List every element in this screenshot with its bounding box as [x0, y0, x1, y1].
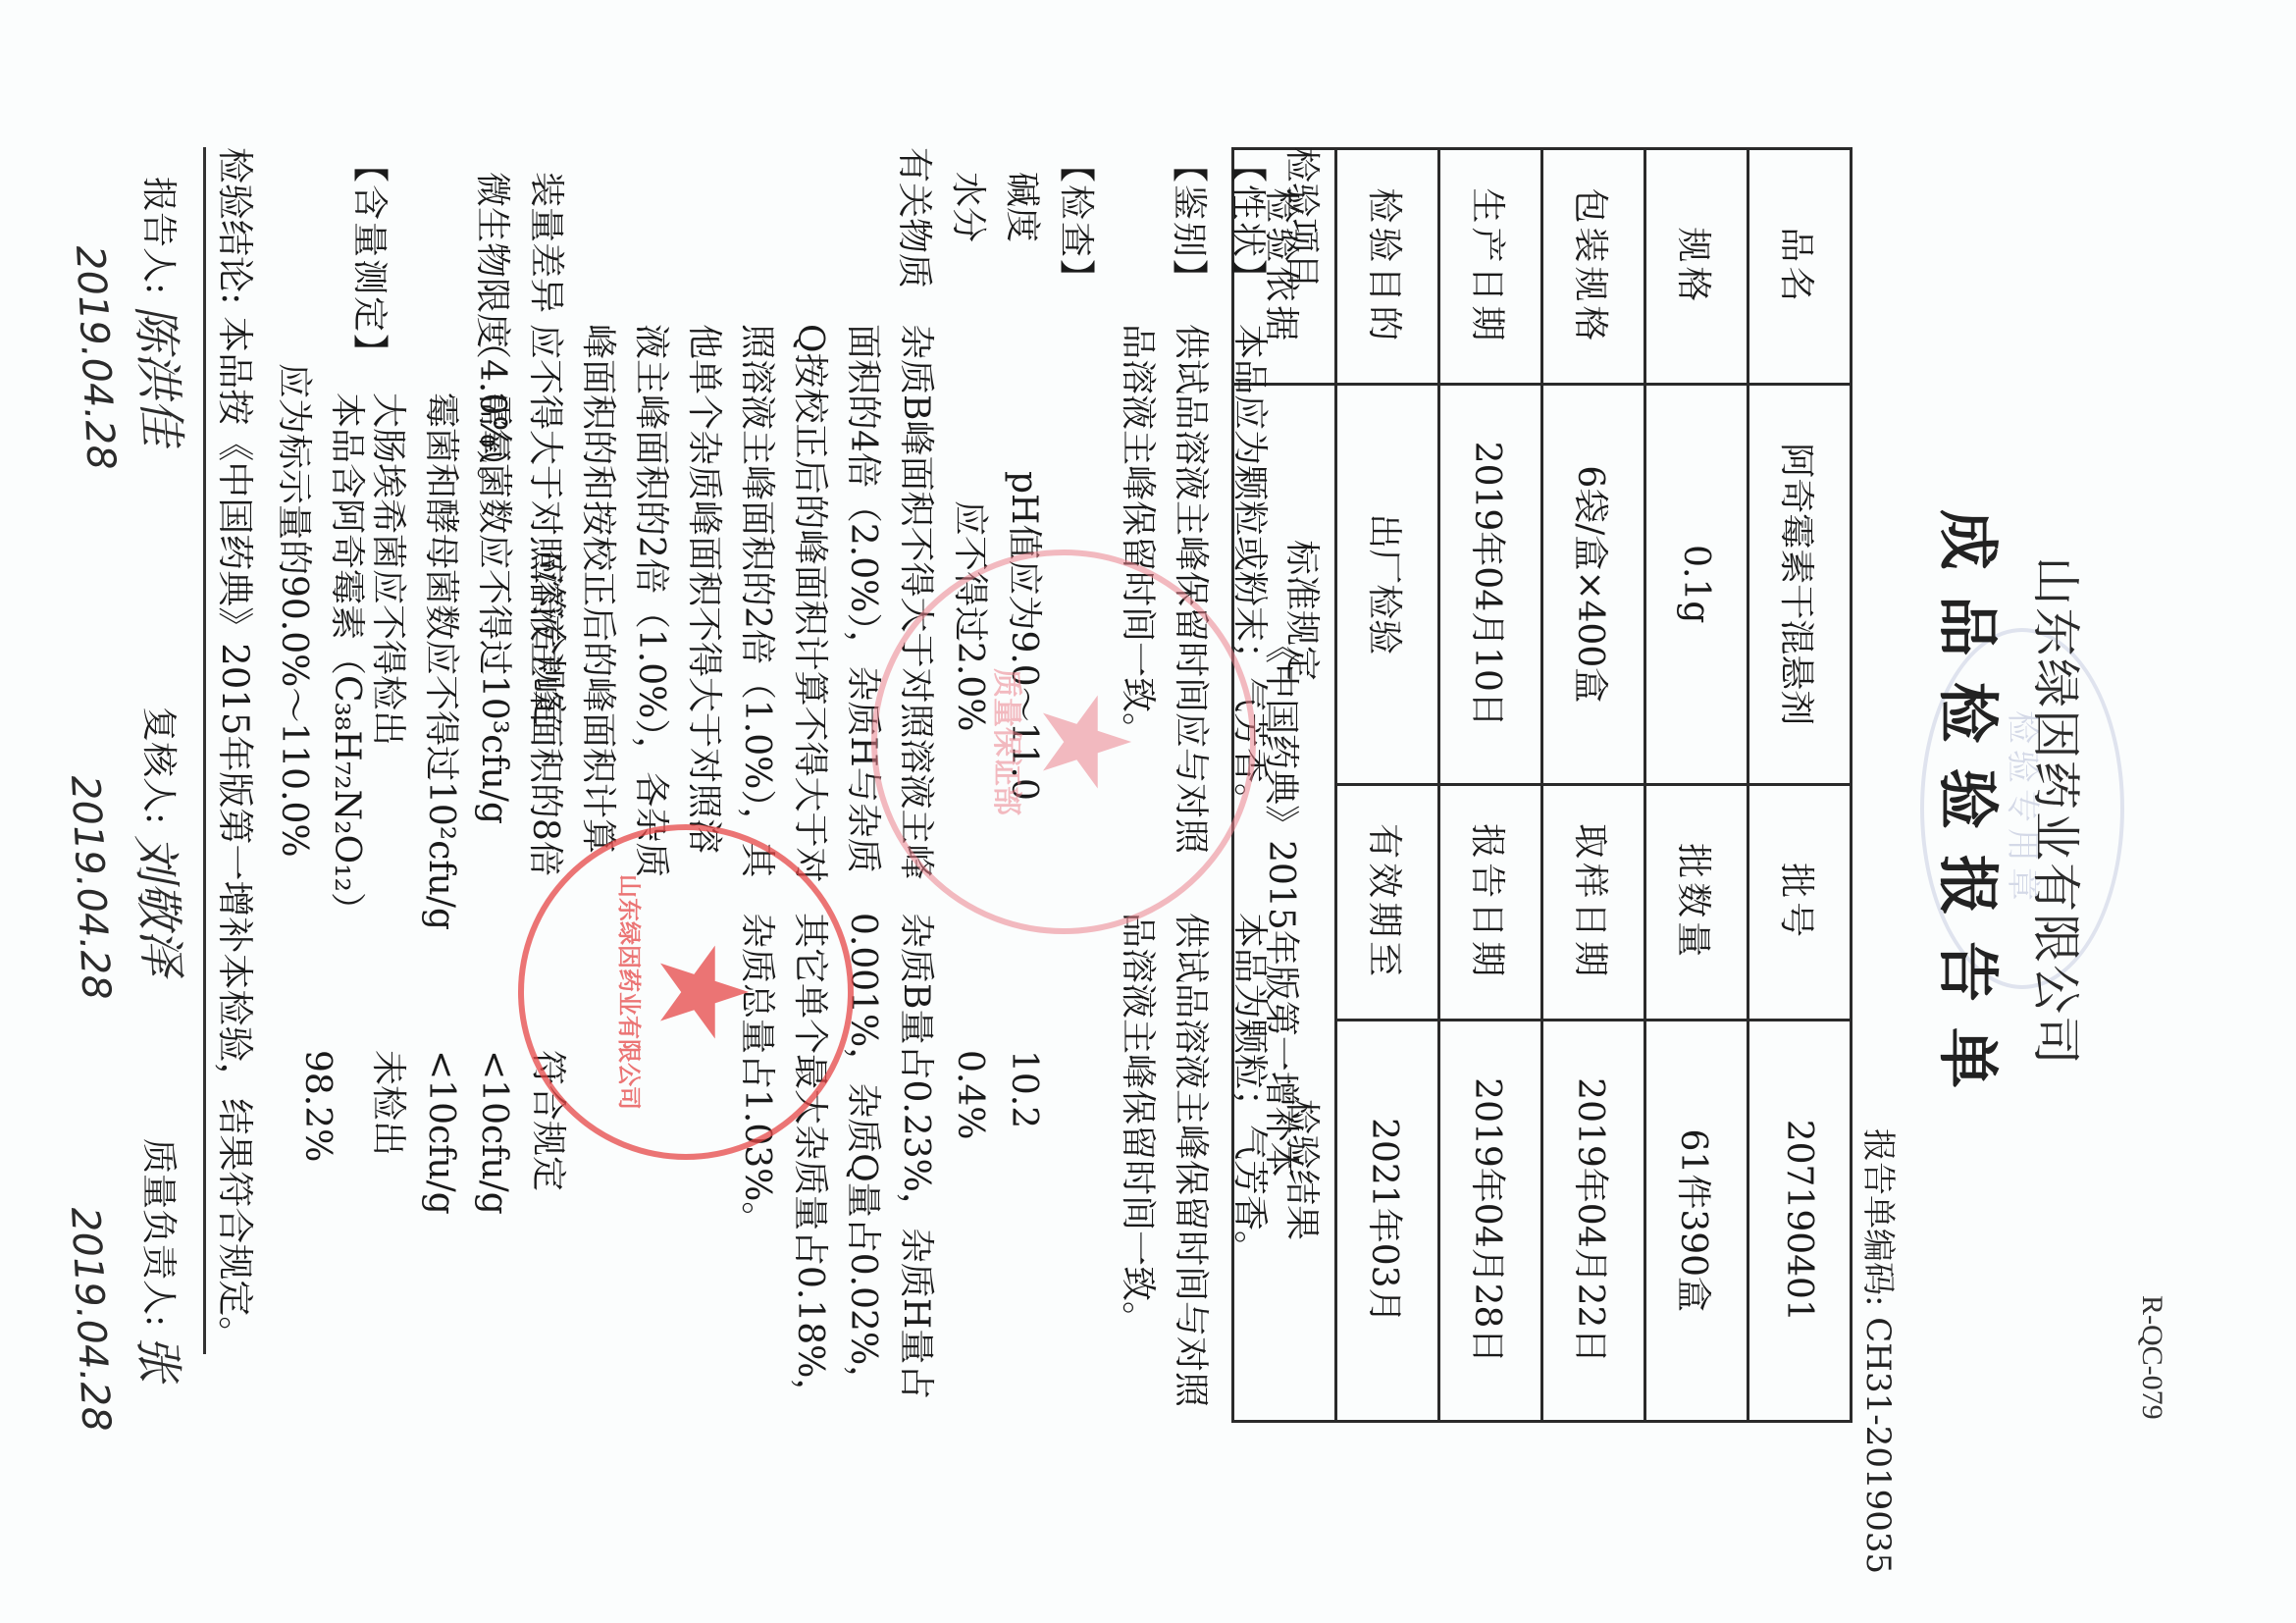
info-label: 报告日期 [1439, 784, 1542, 1020]
test-fill-variation-standard: 应符合规定 [521, 550, 574, 726]
info-label: 批号 [1748, 784, 1852, 1020]
qa-manager-signature: 张 [128, 1333, 197, 1384]
info-value: 2019年04月22日 [1542, 1020, 1645, 1421]
col-standard: 标准规定 [1279, 540, 1330, 681]
qa-department-seal: ★ 质量保证部 [871, 550, 1256, 934]
info-value: 6袋/盒×400盒 [1542, 384, 1645, 784]
info-value: 2019年04月28日 [1439, 1020, 1542, 1421]
inspection-report-page: R-QC-079 检验专用章 山东绿因药业有限公司 成品检验报告单 报告单编码:… [0, 0, 2296, 1623]
info-row: 生产日期2019年04月10日报告日期2019年04月28日 [1439, 149, 1542, 1422]
info-label: 品名 [1748, 149, 1852, 385]
info-value: 0.1g [1645, 384, 1748, 784]
section-identification: 【鉴别】 [1167, 147, 1217, 296]
info-value: 2021年03月 [1336, 1020, 1439, 1421]
reporter-label: 报告人: [136, 177, 186, 294]
info-label: 规格 [1645, 149, 1748, 385]
info-value: 61件390盒 [1645, 1020, 1748, 1421]
test-microbial-result-mold: <10cfu/g [414, 1050, 467, 1215]
company-seal: ★ 山东绿因药业有限公司 [518, 824, 854, 1160]
qa-manager-label: 质量负责人: [136, 1138, 186, 1327]
seal-star-icon: ★ [650, 944, 757, 1041]
section-assay: 【含量测定】 [347, 147, 397, 371]
assay-result: 98.2% [290, 1050, 343, 1162]
report-number-label: 报告单编码: [1858, 1128, 1898, 1306]
info-label: 取样日期 [1542, 784, 1645, 1020]
test-microbial-result-aerobic: <10cfu/g [467, 1050, 520, 1215]
info-label: 检验目的 [1336, 149, 1439, 385]
test-fill-variation-label: 装量差异 [524, 172, 574, 313]
conclusion-text: 本品按《中国药典》2015年版第一增补本检验，结果符合规定。 [214, 316, 256, 1352]
info-label: 批数量 [1645, 784, 1748, 1020]
info-value: 出厂检验 [1336, 384, 1439, 784]
report-number: 报告单编码: CH31-2019035 [1857, 1128, 1905, 1574]
appearance-result: 本品为颗粒；气芳香。 [1223, 913, 1276, 1423]
inspection-conclusion: 检验结论: 本品按《中国药典》2015年版第一增补本检验，结果符合规定。 [203, 147, 265, 1354]
col-result: 检验结果 [1279, 1099, 1330, 1240]
info-label: 包装规格 [1542, 149, 1645, 385]
test-microbial-standard-aerobic: 需氧菌数应不得过10³cfu/g [467, 393, 520, 824]
section-appearance: 【性状】 [1226, 147, 1276, 296]
reporter-signature: 陈洪佳 [125, 302, 199, 446]
seal-star-icon: ★ [1031, 694, 1139, 791]
assay-standard-line2: 应为标示量的90.0%～110.0% [267, 363, 320, 858]
info-row: 规格0.1g批数量61件390盒 [1645, 149, 1748, 1422]
info-value: 阿奇霉素干混悬剂 [1748, 384, 1852, 784]
test-related-substances-label: 有关物质 [892, 147, 942, 288]
company-name: 山东绿因药业有限公司 [2024, 0, 2095, 1623]
info-row: 检验目的出厂检验有效期至2021年03月 [1336, 149, 1439, 1422]
reviewer-label: 复核人: [136, 707, 186, 824]
reporter-date: 2019.04.28 [67, 244, 124, 471]
identification-result: 供试品溶液主峰保留时间与对照品溶液主峰保留时间一致。 [1111, 913, 1217, 1423]
test-water-label: 水分 [946, 172, 996, 242]
report-number-value: CH31-2019035 [1858, 1317, 1898, 1574]
assay-standard-line1: 本品含阿奇霉素（C₃₈H₇₂N₂O₁₂） [320, 393, 373, 927]
info-row: 品名阿奇霉素干混悬剂批号20719040​1 [1748, 149, 1852, 1422]
column-headers: 检验项目 标准规定 检验结果 [1278, 147, 1330, 1423]
report-title: 成品检验报告单 [1929, 0, 2016, 1623]
test-water-result: 0.4% [943, 1050, 996, 1139]
info-row: 包装规格6袋/盒×400盒取样日期2019年04月22日 [1542, 149, 1645, 1422]
test-alkalinity-result: 10.2 [997, 1050, 1050, 1128]
test-alkalinity-label: 碱度 [1000, 172, 1050, 242]
section-tests: 【检查】 [1054, 147, 1104, 296]
reviewer-date: 2019.04.28 [62, 774, 119, 1001]
info-value: 20719040​1 [1748, 1020, 1852, 1421]
info-value: 2019年04月10日 [1439, 384, 1542, 784]
test-microbial-standard-mold: 霉菌和酵母菌数应不得过10²cfu/g [414, 393, 467, 930]
info-label: 生产日期 [1439, 149, 1542, 385]
qa-manager-date: 2019.04.28 [62, 1206, 119, 1433]
reviewer-signature: 刘敬泽 [125, 832, 199, 976]
test-microbial-result-ecoli: 未检出 [361, 1050, 414, 1156]
conclusion-label: 检验结论: [214, 147, 256, 304]
info-label: 有效期至 [1336, 784, 1439, 1020]
col-item: 检验项目 [1279, 147, 1330, 288]
form-code: R-QC-079 [2135, 1295, 2168, 1420]
test-microbial-label: 微生物限度 [470, 172, 520, 348]
